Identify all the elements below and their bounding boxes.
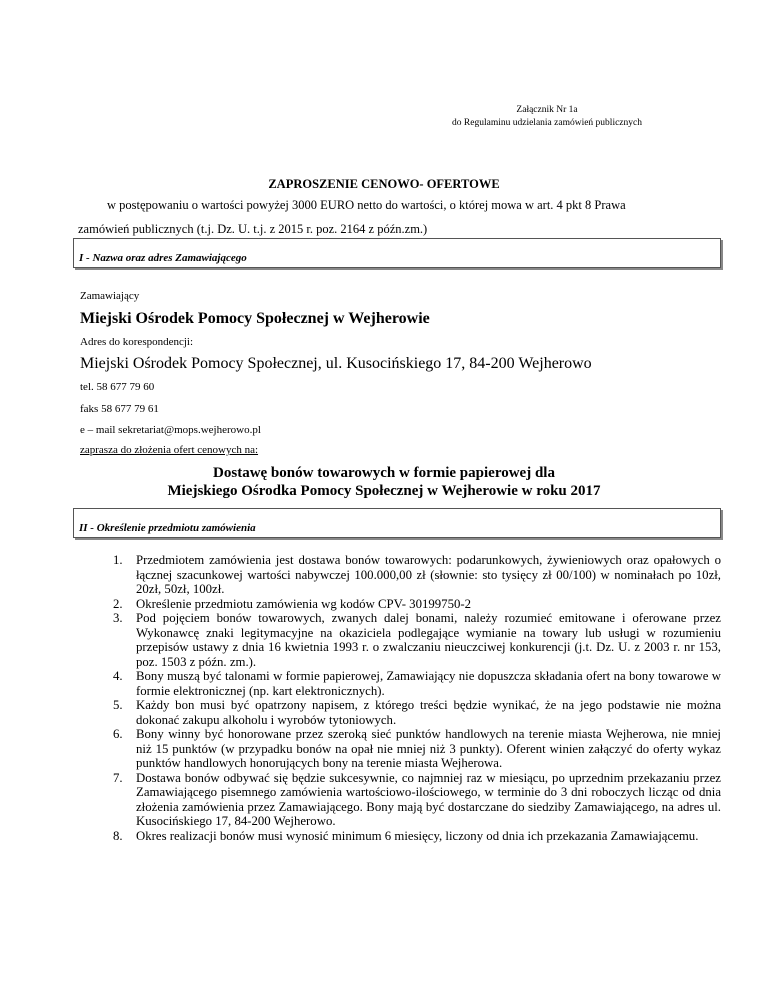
fax: faks 58 677 79 61 bbox=[80, 403, 159, 415]
contractor-address: Miejski Ośrodek Pomocy Społecznej, ul. K… bbox=[80, 355, 592, 373]
email[interactable]: e – mail sekretariat@mops.wejherowo.pl bbox=[80, 424, 261, 436]
phone: tel. 58 677 79 60 bbox=[80, 381, 154, 393]
list-item: 1.Przedmiotem zamówienia jest dostawa bo… bbox=[113, 553, 721, 597]
list-item: 7.Dostawa bonów odbywać się będzie sukce… bbox=[113, 771, 721, 829]
list-item: 3.Pod pojęciem bonów towarowych, zwanych… bbox=[113, 611, 721, 669]
contractor-label: Zamawiający bbox=[80, 290, 139, 302]
section-2-title: II - Określenie przedmiotu zamówienia bbox=[79, 522, 256, 534]
list-item: 5.Każdy bon musi być opatrzony napisem, … bbox=[113, 698, 721, 727]
list-item: 6.Bony winny być honorowane przez szerok… bbox=[113, 727, 721, 771]
annex-regulation: do Regulaminu udzielania zamówień public… bbox=[452, 117, 642, 130]
subject-line-1: Dostawę bonów towarowych w formie papier… bbox=[0, 464, 768, 482]
section-1-header: I - Nazwa oraz adres Zamawiającego bbox=[73, 238, 721, 268]
requirements-list: 1.Przedmiotem zamówienia jest dostawa bo… bbox=[113, 553, 721, 843]
subject-line-2: Miejskiego Ośrodka Pomocy Społecznej w W… bbox=[0, 482, 768, 500]
list-item: 8.Okres realizacji bonów musi wynosić mi… bbox=[113, 829, 721, 844]
document-title: ZAPROSZENIE CENOWO- OFERTOWE bbox=[0, 177, 768, 192]
list-item: 4.Bony muszą być talonami w formie papie… bbox=[113, 669, 721, 698]
list-item: 2.Określenie przedmiotu zamówienia wg ko… bbox=[113, 597, 721, 612]
section-1-title: I - Nazwa oraz adres Zamawiającego bbox=[79, 252, 247, 264]
annex-number: Załącznik Nr 1a bbox=[452, 104, 642, 117]
invite-text: zaprasza do złożenia ofert cenowych na: bbox=[80, 444, 258, 456]
annex-reference: Załącznik Nr 1a do Regulaminu udzielania… bbox=[452, 104, 642, 130]
intro-line-2: zamówień publicznych (t.j. Dz. U. t.j. z… bbox=[78, 222, 427, 237]
contractor-name: Miejski Ośrodek Pomocy Społecznej w Wejh… bbox=[80, 310, 430, 328]
intro-line-1: w postępowaniu o wartości powyżej 3000 E… bbox=[107, 198, 626, 213]
subject-heading: Dostawę bonów towarowych w formie papier… bbox=[0, 464, 768, 500]
section-2-header: II - Określenie przedmiotu zamówienia bbox=[73, 508, 721, 538]
address-label: Adres do korespondencji: bbox=[80, 336, 193, 348]
